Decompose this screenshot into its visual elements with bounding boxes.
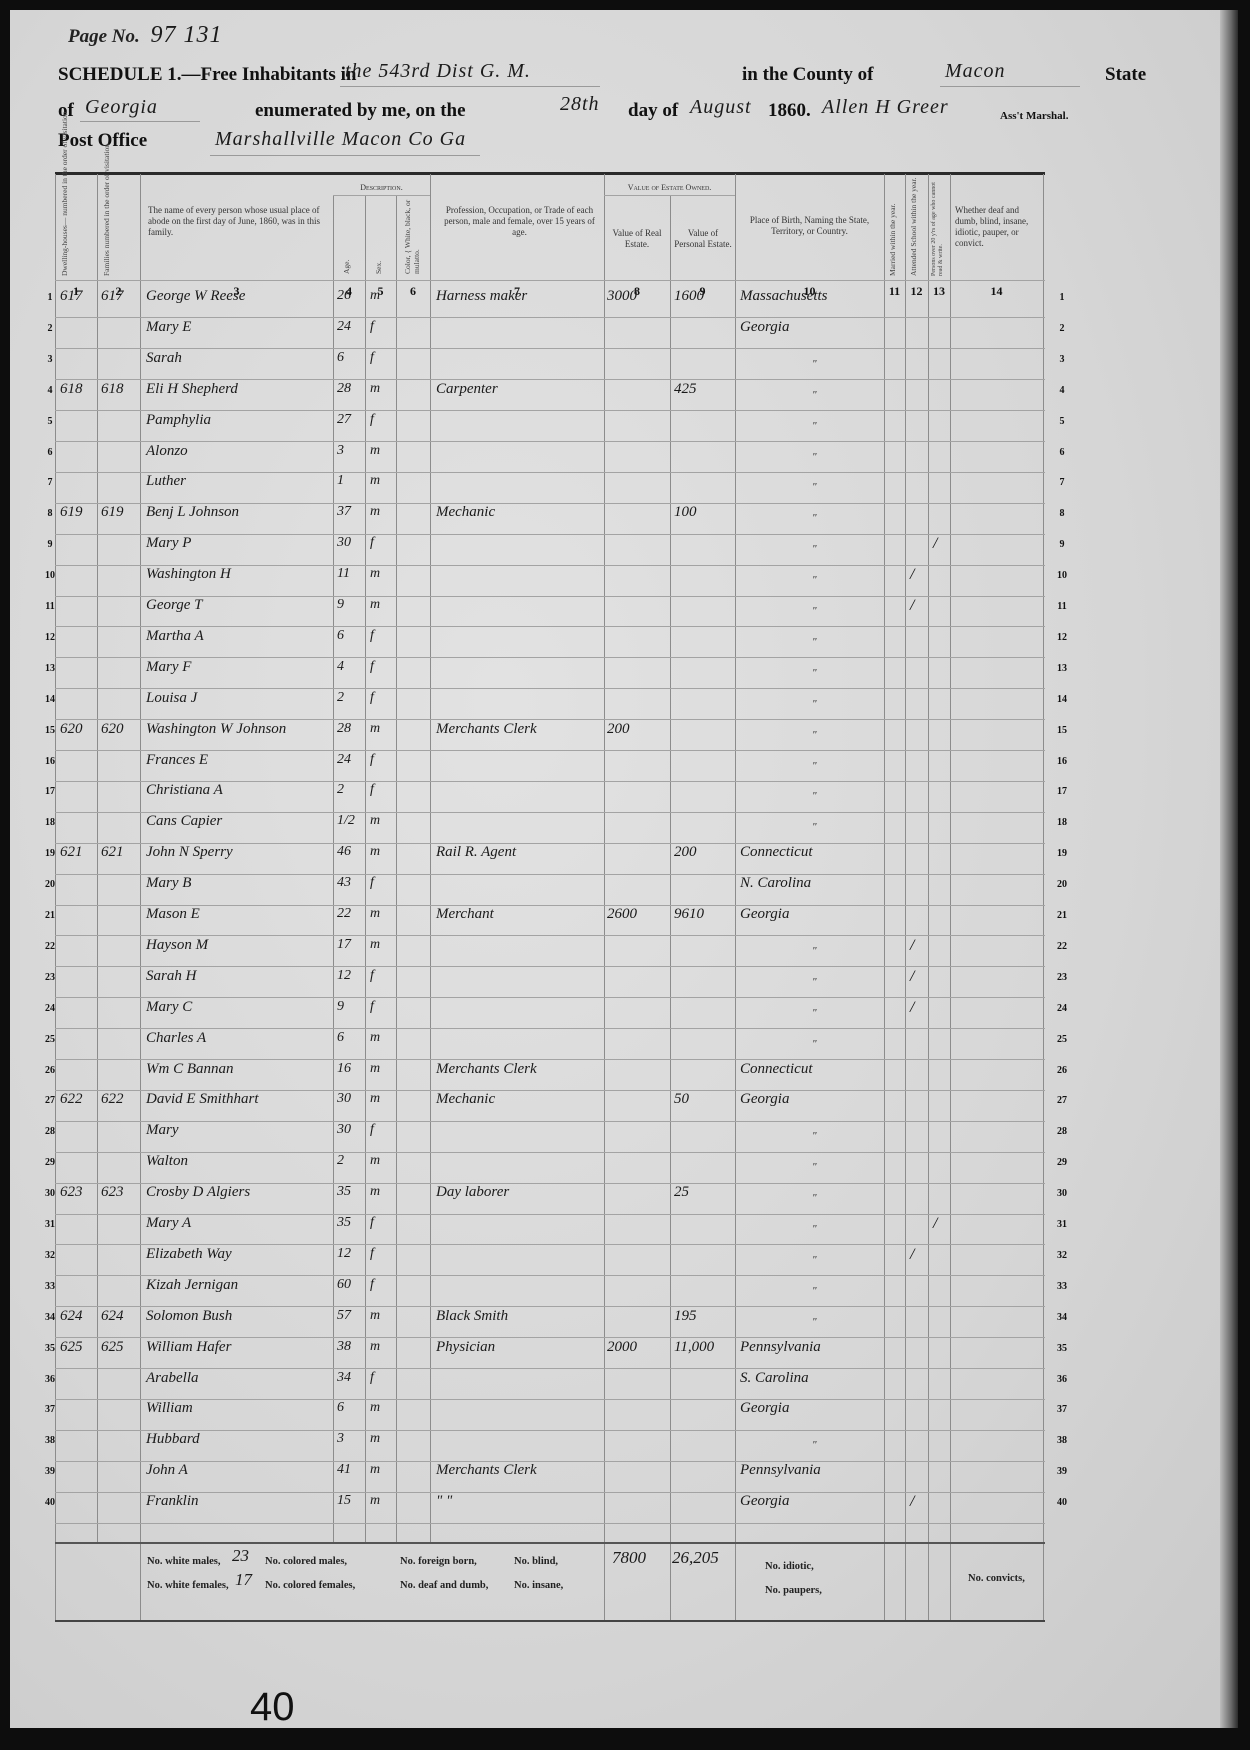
row-number-right: 36 (1050, 1374, 1074, 1385)
age: 46 (337, 844, 351, 860)
birthplace: Georgia (740, 1400, 789, 1417)
age: 22 (337, 906, 351, 922)
person-name: Luther (146, 473, 186, 490)
row-number-left: 31 (38, 1219, 62, 1230)
row-number-right: 26 (1050, 1065, 1074, 1076)
sex: f (370, 1215, 374, 1231)
row-rule (55, 348, 1045, 349)
sex: m (370, 1308, 380, 1324)
real-estate-value: 2600 (607, 906, 637, 923)
occupation: Mechanic (436, 504, 495, 521)
row-rule (55, 1430, 1045, 1431)
col1-header: Dwelling-houses— numbered in the order o… (60, 176, 69, 276)
row-number-right: 38 (1050, 1435, 1074, 1446)
birthplace: " (812, 667, 817, 679)
age: 30 (337, 1091, 351, 1107)
row-number-right: 1 (1050, 292, 1074, 303)
col11-header: Married within the year. (888, 176, 897, 276)
sex: m (370, 443, 380, 459)
birthplace: " (812, 389, 817, 401)
sex: m (370, 288, 380, 304)
row-rule (55, 596, 1045, 597)
person-name: William (146, 1400, 193, 1417)
occupation: Merchants Clerk (436, 721, 537, 738)
age: 26 (337, 288, 351, 304)
row-number-left: 28 (38, 1126, 62, 1137)
row-number-right: 25 (1050, 1034, 1074, 1045)
row-number-left: 36 (38, 1374, 62, 1385)
row-rule (55, 1368, 1045, 1369)
age: 24 (337, 319, 351, 335)
row-number-right: 11 (1050, 601, 1074, 612)
age: 1/2 (337, 813, 355, 829)
dwelling-number: 624 (60, 1308, 83, 1325)
row-number-left: 2 (38, 323, 62, 334)
row-number-left: 25 (38, 1034, 62, 1045)
age: 41 (337, 1462, 351, 1478)
birthplace: " (812, 790, 817, 802)
age: 6 (337, 350, 344, 366)
enumerator-name: Allen H Greer (822, 96, 949, 119)
sex: m (370, 1493, 380, 1509)
personal-estate-value: 50 (674, 1091, 689, 1108)
age: 6 (337, 1400, 344, 1416)
birthplace: " (812, 1285, 817, 1297)
school-mark: / (910, 566, 914, 584)
birthplace: Georgia (740, 1493, 789, 1510)
personal-estate-total: 26,205 (672, 1548, 719, 1568)
row-number-right: 10 (1050, 570, 1074, 581)
real-estate-value: 2000 (607, 1339, 637, 1356)
row-number-right: 40 (1050, 1497, 1074, 1508)
insane-label: No. insane, (514, 1580, 563, 1591)
row-number-right: 21 (1050, 910, 1074, 921)
col-border-14 (1043, 174, 1044, 1620)
age: 34 (337, 1370, 351, 1386)
birthplace: " (812, 420, 817, 432)
age: 35 (337, 1215, 351, 1231)
sex: f (370, 1277, 374, 1293)
birthplace: " (812, 543, 817, 555)
row-rule (55, 534, 1045, 535)
row-rule (55, 1492, 1045, 1493)
col-border-13 (950, 174, 951, 1620)
col-border-12 (928, 174, 929, 1620)
col-border-9 (735, 174, 736, 1620)
colored-females-label: No. colored females, (265, 1580, 355, 1591)
col-number: 6 (396, 284, 430, 299)
sex: f (370, 350, 374, 366)
person-name: Mary F (146, 659, 191, 676)
person-name: William Hafer (146, 1339, 231, 1356)
row-rule (55, 688, 1045, 689)
person-name: Sarah (146, 350, 182, 367)
scan-bottom-border (0, 1728, 1250, 1750)
row-rule (55, 657, 1045, 658)
col6-header: Color, { White, black, or mulatto. (403, 194, 421, 274)
row-number-left: 4 (38, 385, 62, 396)
sex: m (370, 1091, 380, 1107)
person-name: Cans Capier (146, 813, 222, 830)
person-name: David E Smithhart (146, 1091, 259, 1108)
sex: m (370, 721, 380, 737)
sex: m (370, 906, 380, 922)
row-number-left: 33 (38, 1281, 62, 1292)
sex: f (370, 968, 374, 984)
page-edge-shadow (1220, 10, 1238, 1738)
sex: m (370, 1462, 380, 1478)
convicts-label: No. convicts, (968, 1573, 1025, 1584)
row-number-left: 5 (38, 416, 62, 427)
age: 28 (337, 381, 351, 397)
estate-group-header: Value of Estate Owned. (604, 182, 735, 193)
row-number-left: 22 (38, 941, 62, 952)
age: 6 (337, 1030, 344, 1046)
sex: m (370, 381, 380, 397)
day-value: 28th (560, 93, 600, 116)
estate-group-rule (604, 195, 735, 196)
row-number-left: 9 (38, 539, 62, 550)
county-value: Macon (945, 60, 1006, 83)
person-name: John A (146, 1462, 188, 1479)
sex: m (370, 844, 380, 860)
person-name: Hayson M (146, 937, 208, 954)
age: 27 (337, 412, 351, 428)
marshal-label: Ass't Marshal. (1000, 110, 1068, 122)
person-name: Christiana A (146, 782, 223, 799)
row-number-left: 26 (38, 1065, 62, 1076)
sex: m (370, 937, 380, 953)
occupation: Rail R. Agent (436, 844, 516, 861)
row-rule (55, 874, 1045, 875)
school-mark: / (910, 1493, 914, 1511)
row-number-right: 16 (1050, 756, 1074, 767)
birthplace: " (812, 1007, 817, 1019)
dwelling-number: 618 (60, 381, 83, 398)
birthplace: S. Carolina (740, 1370, 809, 1387)
schedule-title: SCHEDULE 1.—Free Inhabitants in (58, 64, 356, 86)
sex: m (370, 1400, 380, 1416)
birthplace: Connecticut (740, 1061, 812, 1078)
sex: m (370, 1061, 380, 1077)
sex: m (370, 1153, 380, 1169)
person-name: Alonzo (146, 443, 188, 460)
school-mark: / (910, 999, 914, 1017)
row-number-left: 13 (38, 663, 62, 674)
dwelling-number: 619 (60, 504, 83, 521)
row-rule (55, 1523, 1045, 1524)
row-number-right: 34 (1050, 1312, 1074, 1323)
row-rule (55, 472, 1045, 473)
col5-header: Sex. (374, 261, 383, 274)
birthplace: " (812, 481, 817, 493)
person-name: Charles A (146, 1030, 206, 1047)
col4-header: Age. (342, 260, 351, 274)
occupation: Mechanic (436, 1091, 495, 1108)
personal-estate-value: 200 (674, 844, 697, 861)
row-number-right: 31 (1050, 1219, 1074, 1230)
col-number: 13 (928, 284, 950, 299)
age: 3 (337, 443, 344, 459)
row-number-right: 37 (1050, 1404, 1074, 1415)
row-number-right: 29 (1050, 1157, 1074, 1168)
birthplace: " (812, 1192, 817, 1204)
sex: f (370, 319, 374, 335)
occupation: Physician (436, 1339, 495, 1356)
age: 24 (337, 752, 351, 768)
age: 38 (337, 1339, 351, 1355)
row-number-right: 2 (1050, 323, 1074, 334)
person-name: Hubbard (146, 1431, 200, 1448)
foreign-born-label: No. foreign born, (400, 1556, 477, 1567)
row-number-right: 20 (1050, 879, 1074, 890)
sex: m (370, 1431, 380, 1447)
post-office-field-line (210, 155, 480, 156)
sex: f (370, 535, 374, 551)
personal-estate-value: 9610 (674, 906, 704, 923)
person-name: Martha A (146, 628, 204, 645)
birthplace: " (812, 821, 817, 833)
age: 2 (337, 1153, 344, 1169)
occupation: Carpenter (436, 381, 498, 398)
sex: m (370, 1184, 380, 1200)
birthplace: " (812, 1316, 817, 1328)
person-name: Elizabeth Way (146, 1246, 232, 1263)
sex: m (370, 1339, 380, 1355)
person-name: Pamphylia (146, 412, 211, 429)
person-name: Mary E (146, 319, 191, 336)
birthplace: Pennsylvania (740, 1339, 821, 1356)
sex: m (370, 1030, 380, 1046)
row-number-left: 15 (38, 725, 62, 736)
birthplace: Georgia (740, 906, 789, 923)
person-name: Eli H Shepherd (146, 381, 238, 398)
person-name: Franklin (146, 1493, 199, 1510)
sex: m (370, 597, 380, 613)
birthplace: " (812, 1223, 817, 1235)
birthplace: " (812, 729, 817, 741)
real-estate-value: 200 (607, 721, 630, 738)
birthplace: " (812, 451, 817, 463)
footer-top-rule (55, 1542, 1045, 1544)
col-border-5 (396, 195, 397, 1542)
birthplace: Georgia (740, 1091, 789, 1108)
person-name: Mary A (146, 1215, 191, 1232)
row-number-left: 11 (38, 601, 62, 612)
sex: f (370, 752, 374, 768)
occupation: " " (436, 1493, 452, 1510)
age: 30 (337, 535, 351, 551)
row-number-left: 34 (38, 1312, 62, 1323)
col-border-11 (905, 174, 906, 1620)
col-border-10 (884, 174, 885, 1620)
family-number: 617 (101, 288, 124, 305)
person-name: Solomon Bush (146, 1308, 232, 1325)
row-number-right: 12 (1050, 632, 1074, 643)
row-number-right: 9 (1050, 539, 1074, 550)
person-name: Kizah Jernigan (146, 1277, 238, 1294)
age: 17 (337, 937, 351, 953)
district-value: the 543rd Dist G. M. (345, 60, 531, 83)
sex: f (370, 1122, 374, 1138)
age: 16 (337, 1061, 351, 1077)
occupation: Day laborer (436, 1184, 509, 1201)
birthplace: Pennsylvania (740, 1462, 821, 1479)
row-number-right: 7 (1050, 477, 1074, 488)
row-number-left: 19 (38, 848, 62, 859)
age: 30 (337, 1122, 351, 1138)
family-number: 623 (101, 1184, 124, 1201)
row-number-left: 38 (38, 1435, 62, 1446)
family-number: 622 (101, 1091, 124, 1108)
birthplace: " (812, 760, 817, 772)
sex: f (370, 628, 374, 644)
row-number-left: 30 (38, 1188, 62, 1199)
col-border-2 (140, 174, 141, 1620)
birthplace: Connecticut (740, 844, 812, 861)
col9-header: Value of Personal Estate. (672, 228, 734, 250)
row-number-right: 35 (1050, 1343, 1074, 1354)
birthplace: " (812, 976, 817, 988)
table-bottom-rule (55, 1620, 1045, 1622)
paupers-label: No. paupers, (765, 1585, 822, 1596)
family-number: 620 (101, 721, 124, 738)
day-of-label: day of (628, 100, 678, 122)
page-number: Page No. 97 131 (68, 22, 223, 49)
page-number-label: Page No. (68, 26, 140, 47)
age: 12 (337, 1246, 351, 1262)
birthplace: " (812, 1161, 817, 1173)
birthplace: " (812, 945, 817, 957)
age: 43 (337, 875, 351, 891)
row-rule (55, 1152, 1045, 1153)
birthplace: " (812, 605, 817, 617)
blind-label: No. blind, (514, 1556, 558, 1567)
illiterate-mark: / (933, 535, 937, 553)
row-number-right: 32 (1050, 1250, 1074, 1261)
sex: m (370, 473, 380, 489)
person-name: Mason E (146, 906, 200, 923)
age: 11 (337, 566, 350, 582)
family-number: 624 (101, 1308, 124, 1325)
row-number-right: 6 (1050, 447, 1074, 458)
real-estate-value: 3000 (607, 288, 637, 305)
col14-header: Whether deaf and dumb, blind, insane, id… (955, 205, 1040, 249)
col12-header: Attended School within the year. (909, 176, 918, 276)
row-number-left: 1 (38, 292, 62, 303)
birthplace: " (812, 698, 817, 710)
row-number-right: 30 (1050, 1188, 1074, 1199)
family-number: 625 (101, 1339, 124, 1356)
row-number-left: 29 (38, 1157, 62, 1168)
row-number-left: 8 (38, 508, 62, 519)
col7-header: Profession, Occupation, or Trade of each… (437, 205, 602, 238)
row-rule (55, 1461, 1045, 1462)
person-name: Mary (146, 1122, 179, 1139)
birthplace: " (812, 1439, 817, 1451)
row-number-right: 33 (1050, 1281, 1074, 1292)
occupation: Merchants Clerk (436, 1061, 537, 1078)
white-females-label: No. white females, (147, 1580, 229, 1591)
sex: m (370, 504, 380, 520)
school-mark: / (910, 937, 914, 955)
col8-header: Value of Real Estate. (606, 228, 668, 250)
birthplace: " (812, 636, 817, 648)
row-number-left: 20 (38, 879, 62, 890)
personal-estate-value: 425 (674, 381, 697, 398)
row-number-right: 5 (1050, 416, 1074, 427)
dwelling-number: 625 (60, 1339, 83, 1356)
person-name: Benj L Johnson (146, 504, 239, 521)
occupation: Merchant (436, 906, 494, 923)
birthplace: " (812, 574, 817, 586)
age: 2 (337, 782, 344, 798)
school-mark: / (910, 1246, 914, 1264)
age: 37 (337, 504, 351, 520)
col-number: 14 (950, 284, 1043, 299)
row-number-left: 18 (38, 817, 62, 828)
illiterate-mark: / (933, 1215, 937, 1233)
person-name: George W Reese (146, 288, 245, 305)
description-group-header: Description. (333, 182, 430, 193)
page-number-value: 97 131 (151, 22, 223, 48)
row-number-left: 32 (38, 1250, 62, 1261)
sex: m (370, 813, 380, 829)
birthplace: Georgia (740, 319, 789, 336)
age: 3 (337, 1431, 344, 1447)
row-number-left: 39 (38, 1466, 62, 1477)
col3-header: The name of every person whose usual pla… (148, 205, 328, 238)
row-number-right: 4 (1050, 385, 1074, 396)
county-field-line (940, 86, 1080, 87)
birthplace: " (812, 512, 817, 524)
col-border-8 (670, 195, 671, 1620)
age: 57 (337, 1308, 351, 1324)
row-number-right: 15 (1050, 725, 1074, 736)
school-mark: / (910, 597, 914, 615)
sex: f (370, 1246, 374, 1262)
dwelling-number: 621 (60, 844, 83, 861)
row-number-right: 18 (1050, 817, 1074, 828)
row-number-left: 3 (38, 354, 62, 365)
occupation: Merchants Clerk (436, 1462, 537, 1479)
age: 28 (337, 721, 351, 737)
sex: f (370, 659, 374, 675)
dwelling-number: 620 (60, 721, 83, 738)
person-name: Mary B (146, 875, 191, 892)
person-name: Mary C (146, 999, 192, 1016)
person-name: Mary P (146, 535, 191, 552)
person-name: George T (146, 597, 203, 614)
row-number-right: 3 (1050, 354, 1074, 365)
person-name: Washington W Johnson (146, 721, 286, 738)
row-number-right: 23 (1050, 972, 1074, 983)
age: 9 (337, 597, 344, 613)
age: 4 (337, 659, 344, 675)
state-label: State (1105, 64, 1146, 86)
row-rule (55, 997, 1045, 998)
table-top-border (55, 172, 1045, 175)
idiotic-label: No. idiotic, (765, 1561, 814, 1572)
row-rule (55, 905, 1045, 906)
row-number-left: 35 (38, 1343, 62, 1354)
row-number-left: 23 (38, 972, 62, 983)
county-label: in the County of (742, 64, 873, 86)
row-rule (55, 317, 1045, 318)
personal-estate-value: 25 (674, 1184, 689, 1201)
family-number: 618 (101, 381, 124, 398)
row-number-right: 13 (1050, 663, 1074, 674)
